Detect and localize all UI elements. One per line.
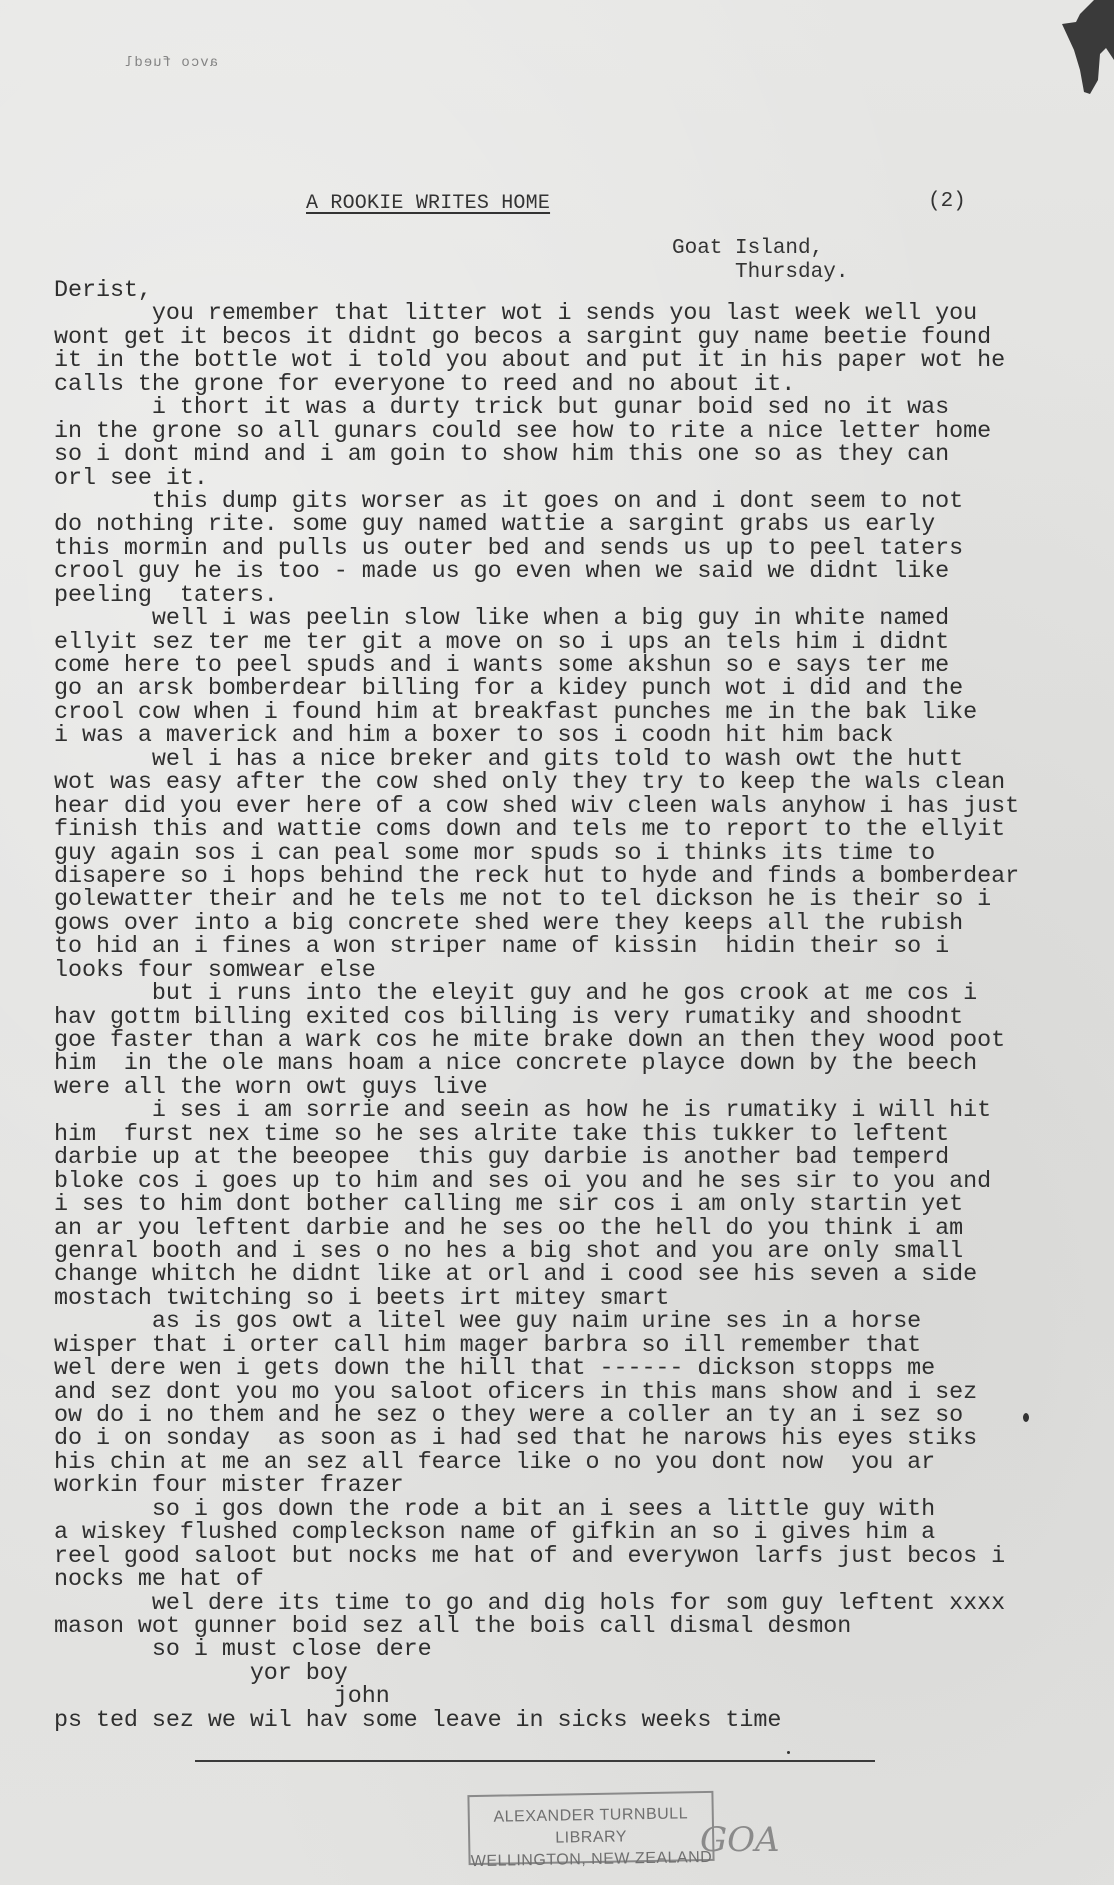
letter-line: i was a maverick and him a boxer to sos …: [54, 725, 1019, 748]
letter-line: wot was easy after the cow shed only the…: [54, 772, 1019, 795]
document-page: avco fuedl A ROOKIE WRITES HOME (2) Goat…: [0, 0, 1114, 1885]
ink-speck: [787, 1751, 790, 1754]
ink-speck: [1023, 1413, 1029, 1422]
library-stamp: ALEXANDER TURNBULL LIBRARY WELLINGTON, N…: [467, 1791, 714, 1865]
letter-line: goe faster than a wark cos he mite brake…: [54, 1030, 1019, 1053]
letter-line: change whitch he didnt like at orl and i…: [54, 1264, 1019, 1287]
letter-line: wel i has a nice breker and gits told to…: [54, 749, 1019, 772]
letter-line: this dump gits worser as it goes on and …: [54, 491, 1019, 514]
letter-line: orl see it.: [54, 468, 1019, 491]
letter-line: and sez dont you mo you saloot oficers i…: [54, 1382, 1019, 1405]
letter-line: golewatter their and he tels me not to t…: [54, 889, 1019, 912]
place-name: Goat Island,: [672, 237, 823, 260]
letter-line: as is gos owt a litel wee guy naim urine…: [54, 1311, 1019, 1334]
letter-line: workin four mister frazer: [54, 1475, 1019, 1498]
letter-line: looks four somwear else: [54, 960, 1019, 983]
letter-line: gows over into a big concrete shed were …: [54, 913, 1019, 936]
letter-line: do nothing rite. some guy named wattie a…: [54, 514, 1019, 537]
closing-rule: [195, 1760, 875, 1762]
letter-line: do i on sonday as soon as i had sed that…: [54, 1428, 1019, 1451]
letter-line: him furst nex time so he ses alrite take…: [54, 1124, 1019, 1147]
letter-line: well i was peelin slow like when a big g…: [54, 608, 1019, 631]
letter-line: were all the worn owt guys live: [54, 1077, 1019, 1100]
letter-line: it in the bottle wot i told you about an…: [54, 350, 1019, 373]
torn-corner-mark: [1054, 0, 1114, 100]
letter-line: ow do i no them and he sez o they were a…: [54, 1405, 1019, 1428]
letter-line: reel good saloot but nocks me hat of and…: [54, 1546, 1019, 1569]
letter-line: to hid an i fines a won striper name of …: [54, 936, 1019, 959]
letter-line: Derist,: [54, 280, 1019, 303]
dateline: Goat Island, Thursday.: [672, 237, 848, 285]
letter-line: i ses to him dont bother calling me sir …: [54, 1194, 1019, 1217]
letter-line: an ar you leftent darbie and he ses oo t…: [54, 1218, 1019, 1241]
page-number: (2): [928, 190, 966, 213]
letter-line: a wiskey flushed compleckson name of gif…: [54, 1522, 1019, 1545]
handwritten-note: GOA: [700, 1820, 780, 1860]
letter-line: genral booth and i ses o no hes a big sh…: [54, 1241, 1019, 1264]
letter-line: wel dere its time to go and dig hols for…: [54, 1593, 1019, 1616]
letter-line: wel dere wen i gets down the hill that -…: [54, 1358, 1019, 1381]
stamp-line-1: ALEXANDER TURNBULL LIBRARY: [470, 1803, 713, 1851]
letter-line: him in the ole mans hoam a nice concrete…: [54, 1053, 1019, 1076]
letter-line: ps ted sez we wil hav some leave in sick…: [54, 1710, 1019, 1733]
bleed-through-text: avco fuedl: [124, 55, 218, 71]
letter-line: go an arsk bomberdear billing for a kide…: [54, 678, 1019, 701]
letter-line: you remember that litter wot i sends you…: [54, 303, 1019, 326]
letter-line: darbie up at the beeopee this guy darbie…: [54, 1147, 1019, 1170]
letter-line: bloke cos i goes up to him and ses oi yo…: [54, 1171, 1019, 1194]
letter-line: finish this and wattie coms down and tel…: [54, 819, 1019, 842]
letter-line: so i gos down the rode a bit an i sees a…: [54, 1499, 1019, 1522]
letter-line: wont get it becos it didnt go becos a sa…: [54, 327, 1019, 350]
letter-line: ellyit sez ter me ter git a move on so i…: [54, 632, 1019, 655]
letter-line: yor boy: [54, 1663, 1019, 1686]
letter-line: so i must close dere: [54, 1639, 1019, 1662]
document-title: A ROOKIE WRITES HOME: [306, 192, 550, 215]
letter-line: crool cow when i found him at breakfast …: [54, 702, 1019, 725]
letter-line: i thort it was a durty trick but gunar b…: [54, 397, 1019, 420]
letter-line: john: [54, 1686, 1019, 1709]
letter-body: Derist, you remember that litter wot i s…: [54, 280, 1019, 1733]
letter-line: so i dont mind and i am goin to show him…: [54, 444, 1019, 467]
letter-line: in the grone so all gunars could see how…: [54, 421, 1019, 444]
letter-line: i ses i am sorrie and seein as how he is…: [54, 1100, 1019, 1123]
letter-line: but i runs into the eleyit guy and he go…: [54, 983, 1019, 1006]
letter-line: calls the grone for everyone to reed and…: [54, 374, 1019, 397]
letter-line: hear did you ever here of a cow shed wiv…: [54, 796, 1019, 819]
letter-line: mostach twitching so i beets irt mitey s…: [54, 1288, 1019, 1311]
stamp-line-2: WELLINGTON, NEW ZEALAND: [470, 1847, 712, 1873]
letter-line: his chin at me an sez all fearce like o …: [54, 1452, 1019, 1475]
letter-line: hav gottm billing exited cos billing is …: [54, 1007, 1019, 1030]
letter-line: wisper that i orter call him mager barbr…: [54, 1335, 1019, 1358]
letter-line: guy again sos i can peal some mor spuds …: [54, 843, 1019, 866]
letter-line: this mormin and pulls us outer bed and s…: [54, 538, 1019, 561]
letter-line: nocks me hat of: [54, 1569, 1019, 1592]
letter-line: disapere so i hops behind the reck hut t…: [54, 866, 1019, 889]
letter-line: come here to peel spuds and i wants some…: [54, 655, 1019, 678]
letter-line: peeling taters.: [54, 585, 1019, 608]
letter-line: mason wot gunner boid sez all the bois c…: [54, 1616, 1019, 1639]
letter-line: crool guy he is too - made us go even wh…: [54, 561, 1019, 584]
